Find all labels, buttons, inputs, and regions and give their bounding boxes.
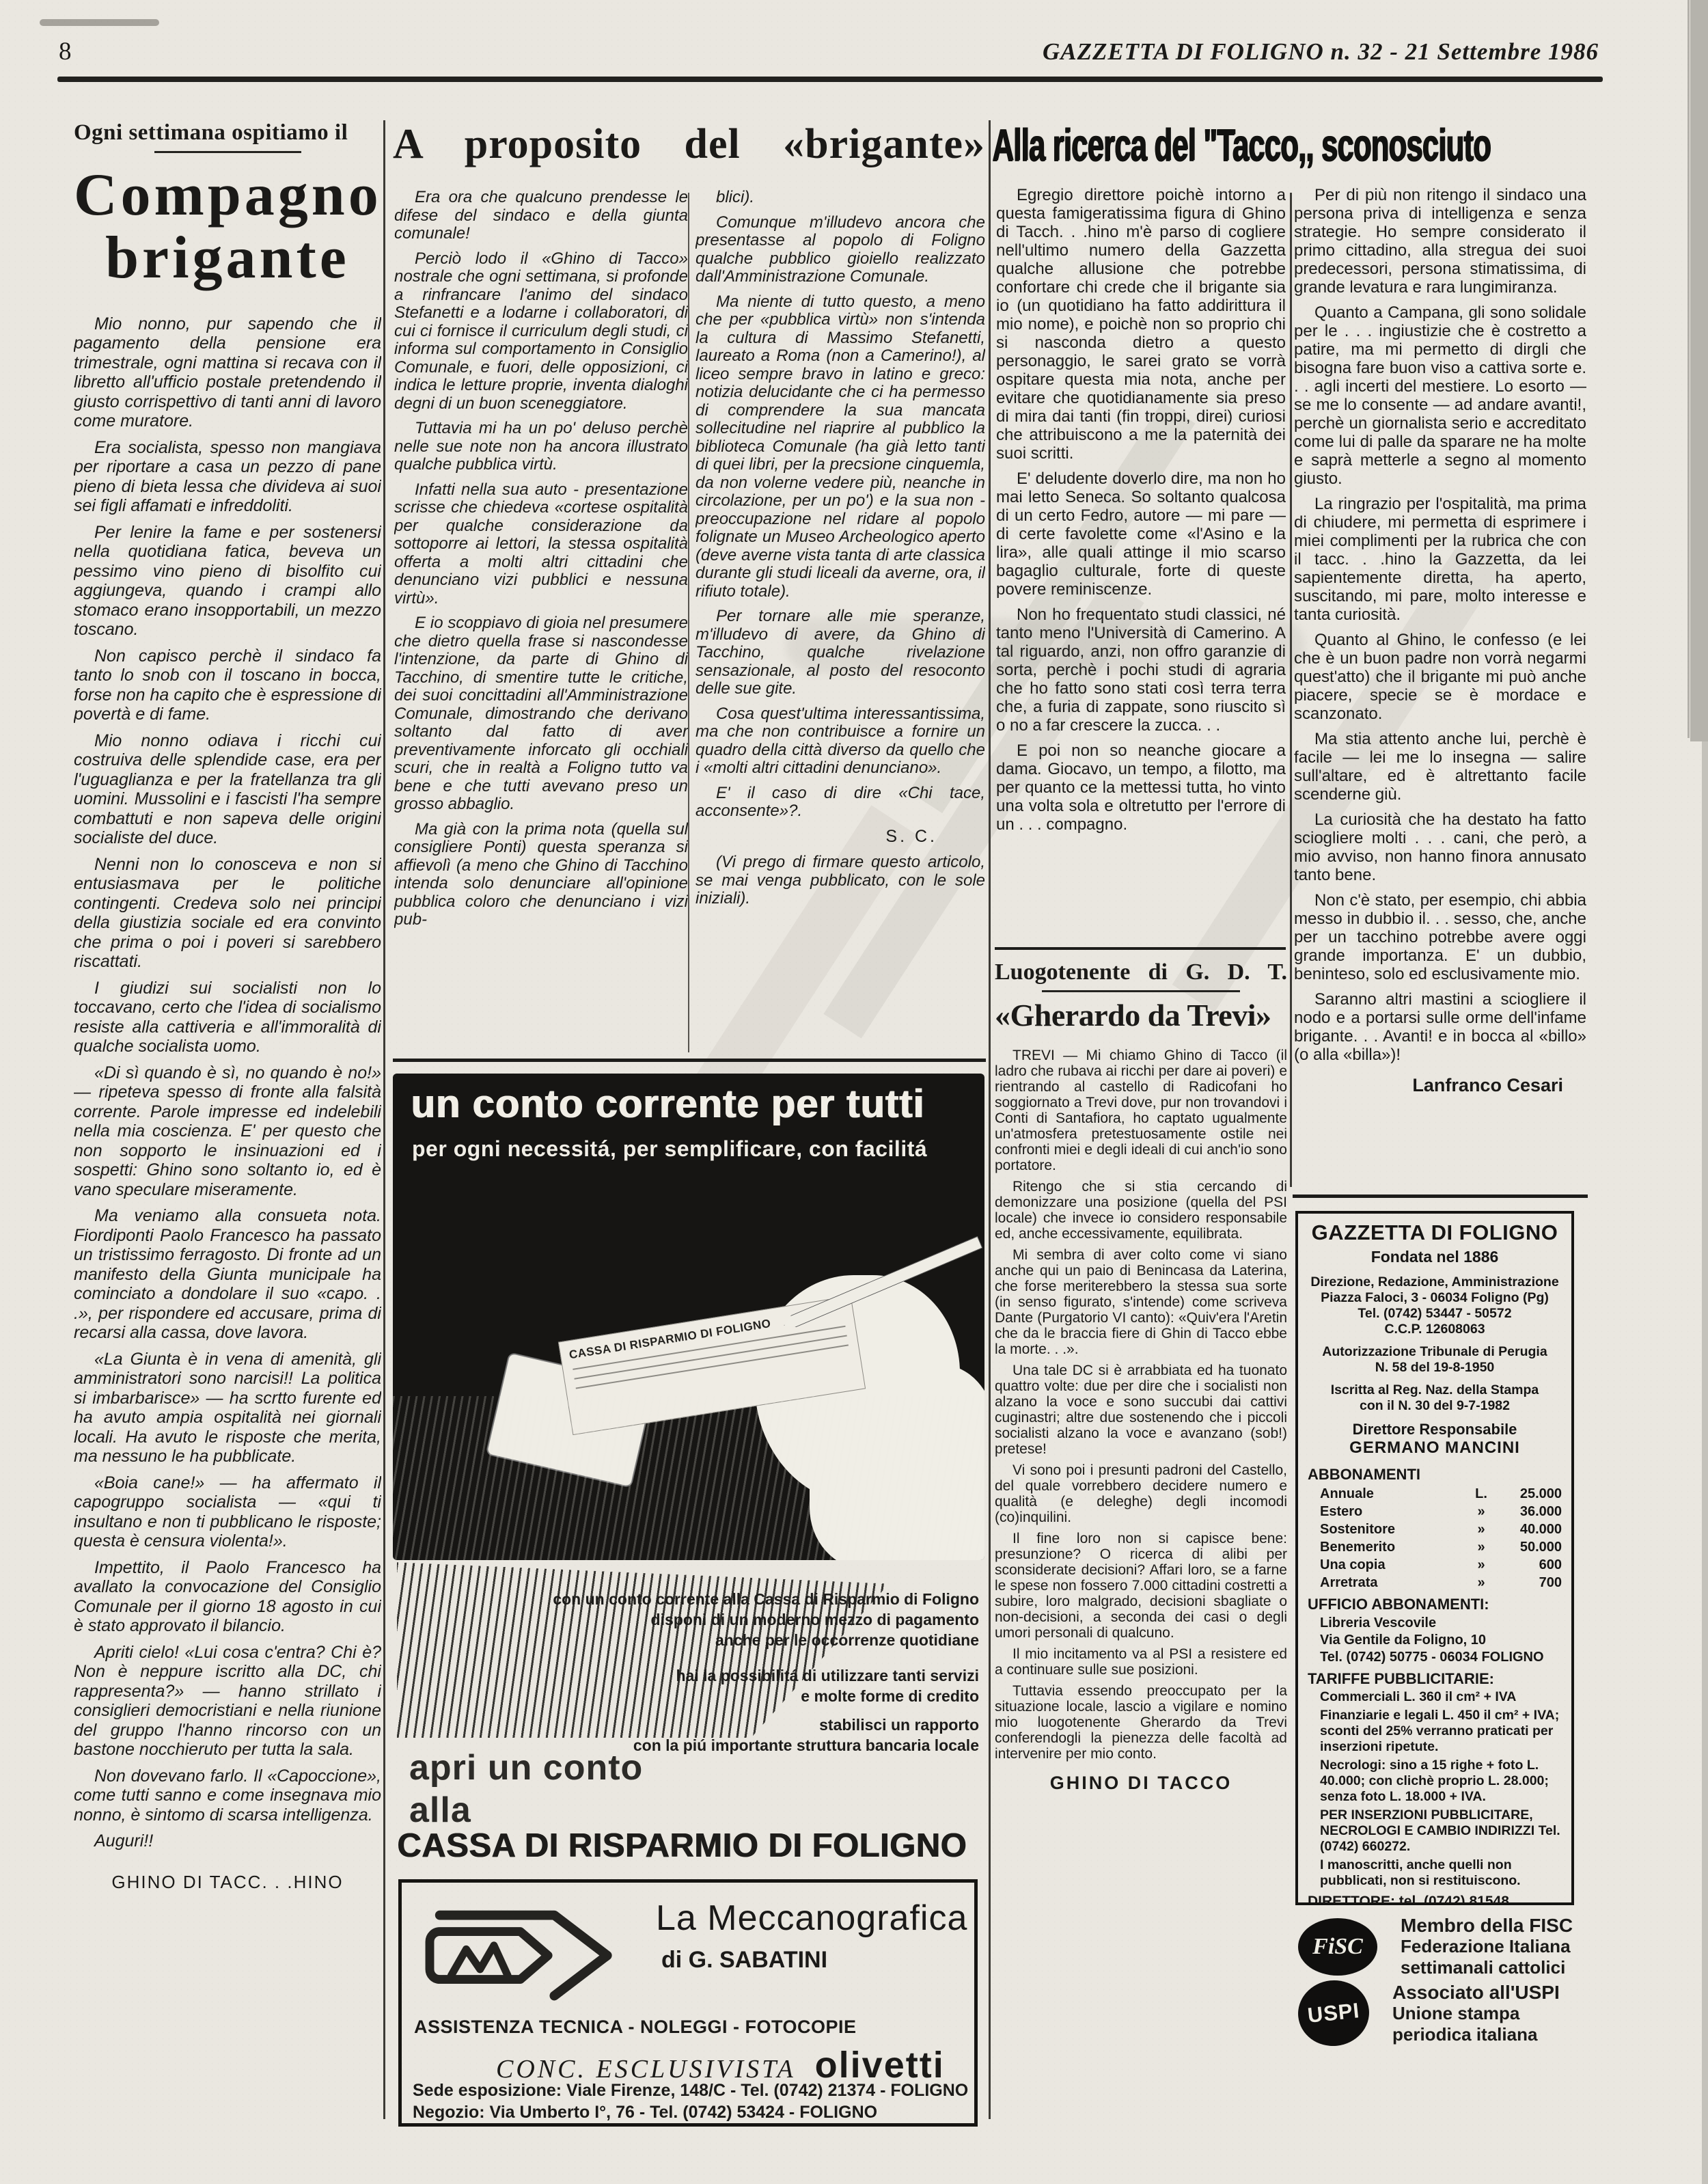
kicker-underline [154,151,301,153]
meccanografica-advertisement: La Meccanografica di G. SABATINI ASSISTE… [398,1879,978,2127]
title-line: brigante [74,227,381,290]
paragraph: Impettito, il Paolo Francesco ha avallat… [74,1558,381,1636]
paragraph: Commerciali L. 360 il cm² + IVA [1308,1689,1562,1705]
section-rule [1293,1195,1588,1198]
text-line: Tel. (0742) 53447 - 50572 [1308,1306,1562,1322]
paragraph: Il mio incitamento va al PSI a resistere… [995,1646,1287,1678]
paragraph: PER INSERZIONI PUBBLICITARE, NECROLOGI E… [1308,1807,1562,1855]
office-block: Libreria VescovileVia Gentile da Foligno… [1308,1615,1562,1666]
scan-edge-line [1688,0,1690,738]
bank-name: CASSA DI RISPARMIO DI FOLIGNO [397,1829,984,1863]
article-compagno-brigante: Ogni settimana ospitiamo il Compagno bri… [74,120,381,2160]
paragraph: Apriti cielo! «Lui cosa c'entra? Chi è? … [74,1643,381,1760]
paragraph: E' il caso di dire «Chi tace, acconsente… [695,784,985,821]
paragraph: La ringrazio per l'ospitalità, ma prima … [1294,495,1586,624]
column-divider [383,120,385,2119]
ad-illustration-panel: un conto corrente per tutti per ogni nec… [393,1074,984,1560]
registration-block: Iscritta al Reg. Naz. della Stampacon il… [1308,1382,1562,1414]
page-number: 8 [59,37,72,66]
cell: 700 [1496,1574,1562,1592]
cell: Annuale [1320,1485,1466,1503]
paragraph: E io scoppiavo di gioia nel presumere ch… [394,614,688,814]
text-line: disponi di un moderno mezzo di pagamento [553,1609,979,1630]
subscriptions-title: ABBONAMENTI [1308,1466,1562,1484]
paragraph: Auguri!! [74,1831,381,1851]
text-line: anche per le occorrenze quotidiane [553,1630,979,1650]
text-line: Associato all'USPI [1392,1982,1560,2003]
article-kicker: Ogni settimana ospitiamo il [74,120,381,146]
ad-benefit: stabilisci un rapportocon la piú importa… [633,1715,979,1756]
paragraph: La curiosità che ha destato ha fatto sci… [1294,810,1586,884]
article-gherardo-da-trevi: Luogotenente di G. D. T. «Gherardo da Tr… [995,959,1287,1841]
kicker-underline [1042,990,1240,992]
ad-dealer-line: CONC. ESCLUSIVISTA olivetti [496,2047,945,2084]
ad-owner: di G. SABATINI [661,1948,827,1971]
paragraph: Era socialista, spesso non mangiava per … [74,438,381,516]
article-title: A proposito del «brigante» [393,123,985,165]
text-line: stabilisci un rapporto [633,1715,979,1735]
article-column: blici).Comunque m'illudevo ancora che pr… [695,189,985,1054]
paragraph: Non capisco perchè il sindaco fa tanto l… [74,646,381,724]
article-column: Era ora che qualcuno prendesse le difese… [394,189,688,1054]
text-line: Libreria Vescovile [1308,1615,1562,1632]
ad-call-to-action: apri un conto [409,1750,643,1786]
cell: » [1466,1503,1496,1520]
paragraph: Quanto al Ghino, le confesso (e lei che … [1294,631,1586,723]
office-title: UFFICIO ABBONAMENTI: [1308,1596,1562,1613]
paragraph: (Vi prego di firmare questo articolo, se… [695,854,985,908]
paragraph: Per lenire la fame e per sostenersi nell… [74,523,381,640]
paragraph: «Boia cane!» — ha affermato il capogrupp… [74,1473,381,1551]
cell: Arretrata [1320,1574,1466,1592]
article-body: Mio nonno, pur sapendo che il pagamento … [74,314,381,1851]
article-signature: GHINO DI TACCO [995,1773,1287,1794]
text-line: C.C.P. 12608063 [1308,1322,1562,1337]
cell: » [1466,1538,1496,1556]
paragraph: Perciò lodo il «Ghino di Tacco» nostrale… [394,250,688,413]
ad-services: ASSISTENZA TECNICA - NOLEGGI - FOTOCOPIE [414,2018,857,2036]
paragraph: Una tale DC si è arrabbiata ed ha tuonat… [995,1363,1287,1457]
paragraph: TREVI — Mi chiamo Ghino di Tacco (il lad… [995,1048,1287,1173]
paragraph: blici). [695,189,985,207]
text-line: Unione stampa [1392,2003,1560,2024]
paragraph: Ma stia attento anche lui, perchè è faci… [1294,730,1586,804]
paragraph: Vi sono poi i presunti padroni del Caste… [995,1462,1287,1525]
director-label: Direttore Responsabile [1308,1421,1562,1438]
ad-subheadline: per ogni necessitá, per semplificare, co… [412,1138,927,1160]
scan-smudge [40,19,159,26]
colophon-box: GAZZETTA DI FOLIGNO Fondata nel 1886 Dir… [1295,1211,1574,1905]
newspaper-page: 8 GAZZETTA DI FOLIGNO n. 32 - 21 Settemb… [0,0,1708,2184]
column-divider [989,120,991,2119]
article-body: TREVI — Mi chiamo Ghino di Tacco (il lad… [995,1048,1287,1762]
paragraph: Nenni non lo conosceva e non si entusias… [74,855,381,972]
paragraph: E' deludente doverlo dire, ma non ho mai… [996,469,1286,599]
paragraph: Mi sembra di aver colto come vi siano an… [995,1247,1287,1357]
scan-edge-strip [1690,0,1708,741]
cell: Sostenitore [1320,1520,1466,1538]
price-row: Arretrata»700 [1308,1574,1562,1592]
paragraph: E poi non so neanche giocare a dama. Gio… [996,741,1286,834]
article-signature: Lanfranco Cesari [1294,1075,1586,1096]
paragraph: Ma veniamo alla consueta nota. Fiordipon… [74,1206,381,1343]
cell: Estero [1320,1503,1466,1520]
cell: 600 [1496,1556,1562,1574]
director-name: GERMANO MANCINI [1308,1438,1562,1458]
paragraph: Comunque m'illudevo ancora che presentas… [695,214,985,286]
paragraph: Finanziarie e legali L. 450 il cm² + IVA… [1308,1708,1562,1755]
section-rule [393,1059,986,1062]
subscription-rates: AnnualeL.25.000Estero»36.000Sostenitore»… [1308,1485,1562,1592]
ad-address: Negozio: Via Umberto I°, 76 - Tel. (0742… [413,2104,877,2121]
paragraph: Mio nonno odiava i ricchi cui costruiva … [74,731,381,848]
authorization-block: Autorizzazione Tribunale di PerugiaN. 58… [1308,1344,1562,1376]
cell: 40.000 [1496,1520,1562,1538]
ad-address: Sede esposizione: Viale Firenze, 148/C -… [413,2082,968,2099]
uspi-affiliation: USPI Associato all'USPIUnione stampaperi… [1298,1980,1560,2046]
text-line: con un conto corrente alla Cassa di Risp… [553,1589,979,1609]
column-divider [688,193,689,1052]
text-line: periodica italiana [1392,2024,1560,2045]
text-line: Direzione, Redazione, Amministrazione [1308,1274,1562,1290]
title-line: Compagno [74,164,381,227]
bank-advertisement: un conto corrente per tutti per ogni nec… [393,1069,987,1872]
fisc-text: Membro della FISCFederazione Italianaset… [1401,1915,1573,1978]
uspi-text: Associato all'USPIUnione stampaperiodica… [1392,1982,1560,2045]
paragraph: Non dovevano farlo. Il «Capoccione», com… [74,1766,381,1825]
ad-headline: un conto corrente per tutti [411,1084,924,1124]
article-title: Compagno brigante [74,164,381,290]
paragraph: I giudizi sui socialisti non lo toccavan… [74,979,381,1056]
section-rule [995,947,1286,950]
text-line: con il N. 30 del 9-7-1982 [1308,1398,1562,1414]
column-divider [1290,193,1292,1187]
text-line: hai la possibilitá di utilizzare tanti s… [676,1665,979,1686]
paragraph: I manoscritti, anche quelli non pubblica… [1308,1857,1562,1889]
ad-company-name: La Meccanografica [656,1900,967,1936]
paragraph: Saranno altri mastini a sciogliere il no… [1294,990,1586,1064]
price-row: AnnualeL.25.000 [1308,1485,1562,1503]
paragraph: Tuttavia mi ha un po' deluso perchè nell… [394,420,688,474]
paragraph: Tuttavia essendo preoccupato per la situ… [995,1683,1287,1762]
uspi-logo-icon: USPI [1295,1977,1372,2049]
fisc-logo-icon: FiSC [1298,1918,1377,1976]
paragraph: Il fine loro non si capisce bene: presun… [995,1531,1287,1641]
paragraph: «Di sì quando è sì, no quando è no!» — r… [74,1063,381,1200]
paragraph: Quanto a Campana, gli sono solidale per … [1294,303,1586,488]
text-line: e molte forme di credito [676,1686,979,1706]
article-signature: S. C. [695,828,985,846]
article-signature: GHINO DI TACC. . .HINO [74,1872,381,1893]
paragraph: Per di più non ritengo il sindaco una pe… [1294,186,1586,297]
ad-benefit: con un conto corrente alla Cassa di Risp… [553,1589,979,1650]
paragraph: Non ho frequentato studi classici, né ta… [996,605,1286,735]
meccanografica-logo-icon [413,1896,638,2016]
text-line: Tel. (0742) 50775 - 06034 FOLIGNO [1308,1649,1562,1666]
paragraph: Era ora che qualcuno prendesse le difese… [394,189,688,243]
article-title: Alla ricerca del "Tacco,, sconosciuto [992,123,1453,168]
price-row: Sostenitore»40.000 [1308,1520,1562,1538]
address-block: Direzione, Redazione, AmministrazionePia… [1308,1274,1562,1337]
paragraph: Ma già con la prima nota (quella sul con… [394,821,688,929]
article-column: Per di più non ritengo il sindaco una pe… [1294,186,1586,1184]
price-row: Una copia»600 [1308,1556,1562,1574]
cell: 25.000 [1496,1485,1562,1503]
colophon-title: GAZZETTA DI FOLIGNO [1308,1220,1562,1245]
ad-benefit: hai la possibilitá di utilizzare tanti s… [676,1665,979,1706]
text-line: N. 58 del 19-8-1950 [1308,1360,1562,1376]
article-column: Egregio direttore poichè intorno a quest… [996,186,1286,943]
fisc-affiliation: FiSC Membro della FISCFederazione Italia… [1298,1915,1573,1978]
founded-line: Fondata nel 1886 [1308,1248,1562,1267]
paragraph: Ritengo che si stia cercando di demonizz… [995,1179,1287,1242]
cell: 36.000 [1496,1503,1562,1520]
issue-masthead: GAZZETTA DI FOLIGNO n. 32 - 21 Settembre… [1043,38,1599,66]
article-body: Per di più non ritengo il sindaco una pe… [1294,186,1586,1064]
paragraph: Per tornare alle mie speranze, m'illudev… [695,608,985,698]
paragraph: Mio nonno, pur sapendo che il pagamento … [74,314,381,431]
price-row: Estero»36.000 [1308,1503,1562,1520]
text-line: con la piú importante struttura bancaria… [633,1735,979,1756]
article-kicker: Luogotenente di G. D. T. [995,959,1287,985]
olivetti-logo: olivetti [815,2047,945,2084]
price-row: Benemerito»50.000 [1308,1538,1562,1556]
director-phone: DIRETTORE: tel. (0742) 81548 [1308,1893,1562,1905]
cell: » [1466,1556,1496,1574]
text-line: Iscritta al Reg. Naz. della Stampa [1308,1382,1562,1398]
cell: Benemerito [1320,1538,1466,1556]
tariffs-block: Commerciali L. 360 il cm² + IVAFinanziar… [1308,1689,1562,1889]
hatching [393,1396,984,1560]
cell: L. [1466,1485,1496,1503]
text-line: settimanali cattolici [1401,1957,1573,1978]
cell: » [1466,1520,1496,1538]
paragraph: «La Giunta è in vena di amenità, gli amm… [74,1350,381,1466]
dealer-label: CONC. ESCLUSIVISTA [496,2056,796,2082]
article-body: blici).Comunque m'illudevo ancora che pr… [695,189,985,821]
text-line: Piazza Faloci, 3 - 06034 Foligno (Pg) [1308,1290,1562,1306]
ad-call-to-action: alla [409,1792,471,1828]
paragraph: Ma niente di tutto questo, a meno che pe… [695,293,985,601]
text-line: Via Gentile da Foligno, 10 [1308,1632,1562,1649]
editor-note: (Vi prego di firmare questo articolo, se… [695,854,985,908]
cell: Una copia [1320,1556,1466,1574]
cell: 50.000 [1496,1538,1562,1556]
tariffs-title: TARIFFE PUBBLICITARIE: [1308,1670,1562,1688]
text-line: Membro della FISC [1401,1915,1573,1936]
paragraph: Non c'è stato, per esempio, chi abbia me… [1294,891,1586,983]
cell: » [1466,1574,1496,1592]
paragraph: Egregio direttore poichè intorno a quest… [996,186,1286,463]
text-line: Autorizzazione Tribunale di Perugia [1308,1344,1562,1360]
paragraph: Infatti nella sua auto - presentazione s… [394,481,688,608]
paragraph: Cosa quest'ultima interessantissima, ma … [695,705,985,778]
text-line: Federazione Italiana [1401,1936,1573,1957]
paragraph: Necrologi: sino a 15 righe + foto L. 40.… [1308,1758,1562,1805]
article-title: «Gherardo da Trevi» [995,998,1287,1034]
header-rule [57,77,1603,82]
